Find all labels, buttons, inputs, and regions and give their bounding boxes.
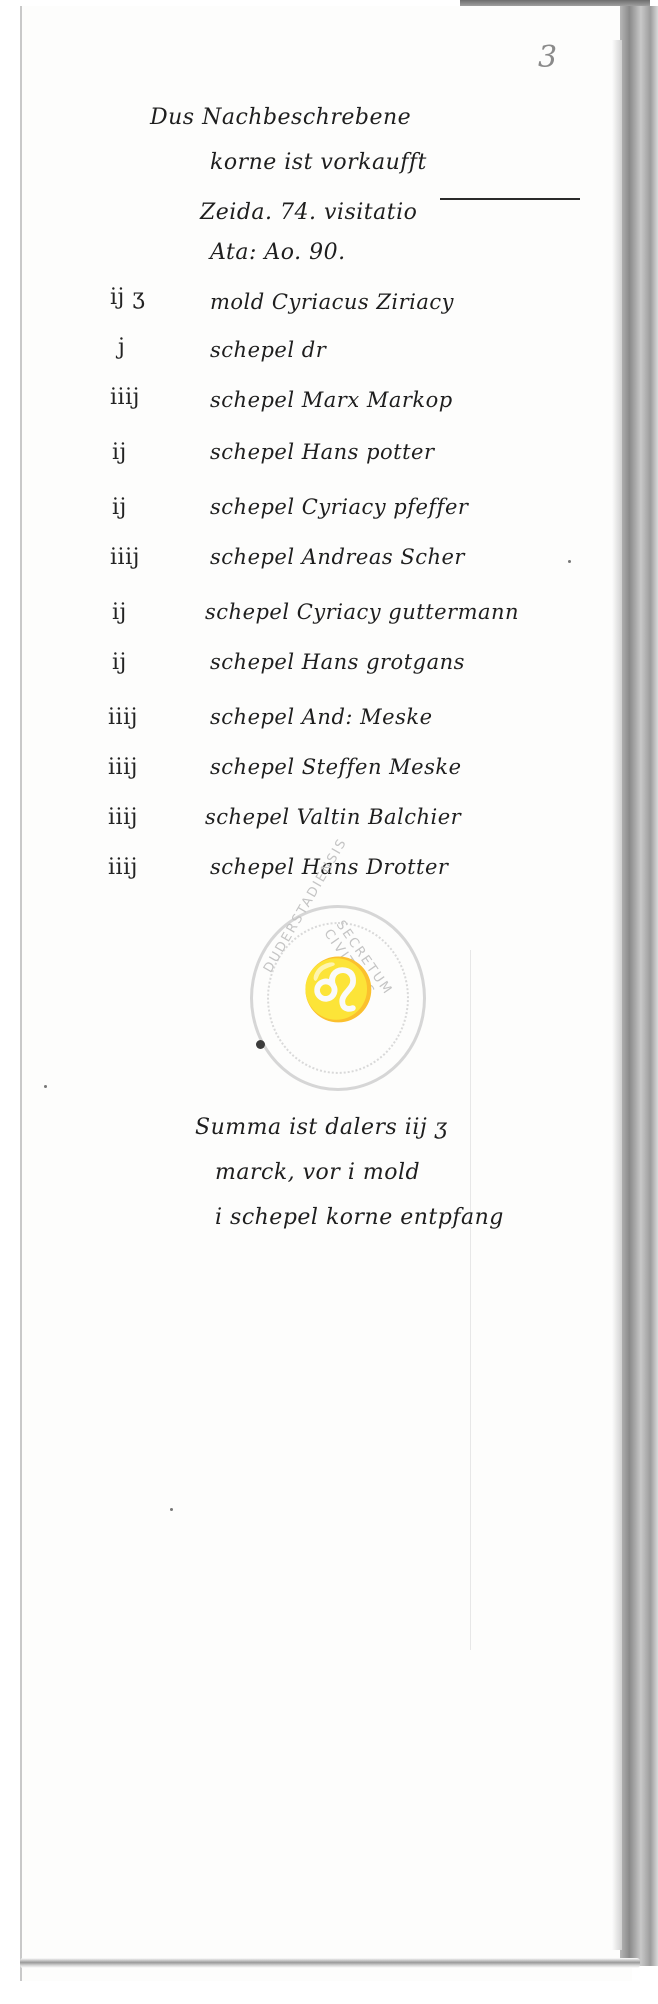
paper-crease [470,950,471,1650]
entry-amount: iiij [108,755,138,780]
page-bottom-edge [20,1958,640,1968]
entry-text: schepel dr [210,338,326,362]
entry-amount: ij [112,650,127,675]
page-number: 3 [538,40,557,75]
heading-line-3: Zeida. 74. visitatio [200,200,417,225]
entry-amount: iiij [108,805,138,830]
entry-text: schepel Hans potter [210,440,435,464]
entry-amount: iiij [108,855,138,880]
entry-amount: iiij [108,705,138,730]
paper-speck [568,560,571,563]
entry-amount: ij [112,600,127,625]
entry-amount: iiij [110,545,140,570]
entry-amount: ij [112,495,127,520]
underline-rule [440,198,580,200]
lion-emblem-icon: ♌ [301,954,376,1025]
summary-line-1: Summa ist dalers iij ʒ [195,1115,448,1140]
entry-text: mold Cyriacus Ziriacy [210,290,454,314]
heading-line-4: Ata: Ao. 90. [210,240,346,265]
entry-text: schepel Marx Markop [210,388,453,412]
entry-text: schepel Andreas Scher [210,545,465,569]
page-right-edge [620,6,658,1966]
page-right-edge-shadow [612,40,622,1950]
summary-line-2: marck, vor i mold [215,1160,420,1185]
entry-text: schepel Cyriacy guttermann [205,600,519,624]
ink-blot [256,1040,265,1049]
summary-line-3: i schepel korne entpfang [215,1205,504,1230]
entry-text: schepel And: Meske [210,705,433,729]
entry-amount: ij ʒ [110,285,145,310]
heading-line-2: korne ist vorkaufft [210,150,427,175]
paper-speck [44,1085,47,1088]
heading-line-1: Dus Nachbeschrebene [150,105,411,130]
entry-text: schepel Valtin Balchier [205,805,461,829]
entry-text: schepel Hans grotgans [210,650,465,674]
entry-amount: ij [112,440,127,465]
entry-amount: j [118,335,125,360]
entry-text: schepel Steffen Meske [210,755,462,779]
entry-amount: iiij [110,385,140,410]
city-seal-stamp: DUDERSTADIENSIS SECRETUM CIVITATIS ♌ [250,905,426,1091]
entry-text: schepel Cyriacy pfeffer [210,495,468,519]
paper-speck [170,1508,173,1511]
